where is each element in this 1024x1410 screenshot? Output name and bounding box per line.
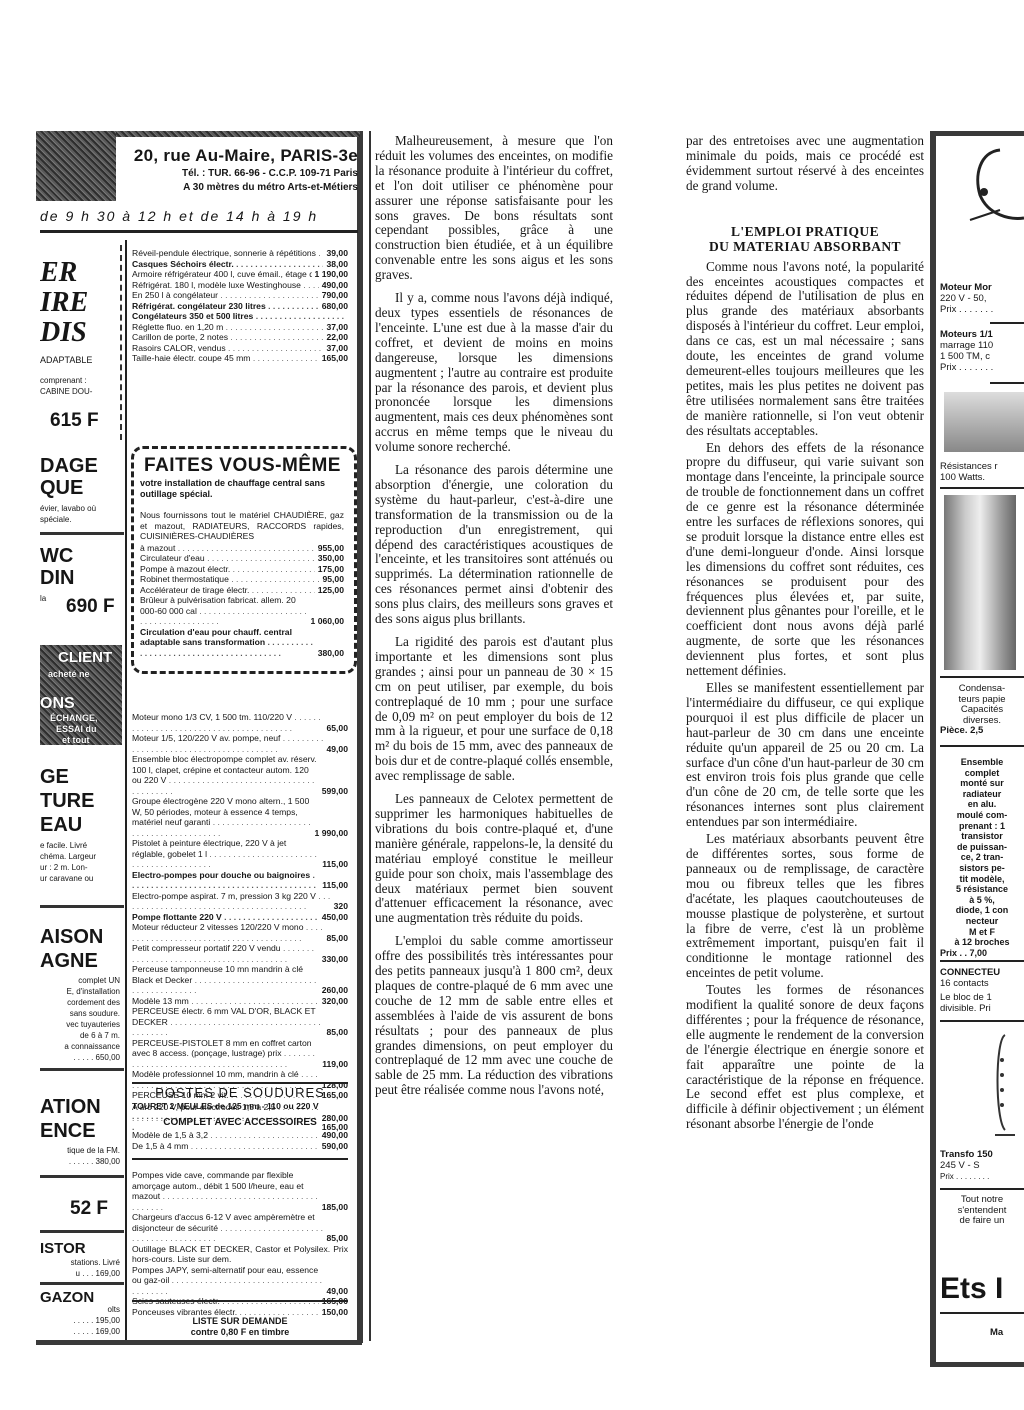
motor-item-text: 1 500 TM, c: [940, 352, 1024, 363]
divider: [40, 1175, 124, 1178]
product-row: En 250 l à congélateur790,00: [132, 290, 348, 301]
article-paragraph: Les matériaux absorbants peuvent être de…: [686, 832, 924, 981]
product-row: Accélérateur de tirage électr.125,00: [140, 585, 344, 596]
product-row: Modèle 13 mm320,00: [132, 996, 348, 1007]
motor-item-title: Moteur Mor: [940, 283, 1024, 294]
divider: [132, 1082, 348, 1084]
article-paragraph: L'emploi du sable comme amortisseur offr…: [375, 934, 613, 1098]
product-row: Congélateurs 350 et 500 litres: [132, 311, 348, 322]
divider: [40, 532, 124, 535]
heating-promo-subtitle: votre installation de chauffage central …: [140, 478, 345, 500]
ad-frame-border: [930, 131, 1024, 136]
product-row: Armoire réfrigérateur 400 l, cuve émail.…: [132, 269, 348, 280]
transformer-illustration: [990, 1030, 1020, 1140]
divider: [40, 1282, 124, 1285]
promo-text: olts . . . . . 195,00 . . . . . 169,00: [40, 1304, 120, 1337]
motor-item-text: 220 V - 50,: [940, 294, 1024, 305]
product-row: Brûleur à pulvérisation fabricat. allem.…: [140, 595, 344, 627]
product-row: Perceuse tamponneuse 10 mn mandrin à clé…: [132, 964, 348, 996]
product-row: Réfrigérat. congélateur 230 litres680,00: [132, 301, 348, 312]
article-paragraph: La résonance des parois détermine une ab…: [375, 463, 613, 627]
ad-frame-border: [357, 131, 363, 1343]
promo-title: GE TURE EAU: [40, 765, 120, 837]
article-paragraph: La rigidité des parois est d'autant plus…: [375, 635, 613, 784]
welding-complete-list: Modèle de 1,5 à 3,2490,00 De 1,5 à 4 mm5…: [132, 1130, 348, 1151]
resistor-text: 100 Watts.: [940, 473, 1024, 484]
product-row: Casques Séchoirs électr.38,00: [132, 259, 348, 270]
welding-complete-title: COMPLET AVEC ACCESSOIRES: [132, 1117, 348, 1128]
product-row: Pistolet à peinture électrique, 220 V à …: [132, 838, 348, 870]
store-slogan: Tout notre s'entendent de faire un: [940, 1195, 1024, 1227]
promo-price: 52 F: [70, 1198, 126, 1220]
product-row: Réfrigérat. 180 l, modèle luxe Westingho…: [132, 280, 348, 291]
product-row: De 1,5 à 4 mm590,00: [132, 1141, 348, 1152]
product-list-appliances: Réveil-pendule électrique, sonnerie à ré…: [132, 248, 348, 364]
product-row: Carillon de porte, 2 notes22,00: [132, 332, 348, 343]
divider: [940, 1312, 1024, 1314]
divider: [940, 1188, 1024, 1190]
product-row: Groupe électrogène 220 V mono altern., 1…: [132, 796, 348, 838]
motor-item-title: Moteurs 1/1: [940, 330, 1024, 341]
promo-text: e facile. Livré chéma. Largeur ur : 2 m.…: [40, 840, 120, 884]
article-column-2: par des entretoises avec une augmentatio…: [686, 134, 924, 1134]
product-row: Chargeurs d'accus 6-12 V avec ampèremètr…: [132, 1212, 348, 1244]
product-row: PERCEUSE électr. 6 mm VAL D'OR, BLACK ET…: [132, 1006, 348, 1038]
divider: [40, 1230, 124, 1233]
capacitor-illustration: [944, 495, 1016, 670]
product-list-tools: Moteur mono 1/3 CV, 1 500 tm. 110/220 V6…: [132, 712, 348, 1132]
divider: [940, 676, 1024, 678]
promo-title: AISON AGNE: [40, 925, 120, 973]
divider: [40, 1068, 124, 1071]
divider: [990, 322, 1024, 324]
connector-title: CONNECTEU: [940, 968, 1024, 979]
divider: [132, 1158, 348, 1160]
transfo-title: Transfo 150: [940, 1150, 1024, 1161]
article-paragraph: Les panneaux de Celotex permettent de su…: [375, 792, 613, 926]
product-row: PERCEUSE-PISTOLET 8 mm en coffret carton…: [132, 1038, 348, 1070]
product-row: Pompe flottante 220 V450,00: [132, 912, 348, 923]
welding-section-title: POSTES DE SOUDURES: [132, 1085, 348, 1100]
header-bar: [116, 131, 360, 137]
transistor-kit-text: Ensemble complet monté sur radiateur en …: [940, 757, 1024, 958]
divider: [940, 1020, 1024, 1022]
store-address: 20, rue Au-Maire, PARIS-3e: [122, 146, 358, 166]
product-row: Moteur mono 1/3 CV, 1 500 tm. 110/220 V6…: [132, 712, 348, 733]
divider: [990, 382, 1024, 384]
product-row: Electro-pompe aspirat. 7 m, pression 3 k…: [132, 891, 348, 912]
product-row: Pompe à mazout électr.175,00: [140, 564, 344, 575]
client-promo-banner: CLIENT acheté ne ONS ÉCHANGE, ESSAI du e…: [40, 645, 122, 745]
store-photo: [36, 131, 116, 201]
promo-text: tique de la FM. . . . . . . 380,00: [40, 1145, 120, 1167]
divider: [940, 960, 1024, 962]
product-row: Ensemble bloc électropompe complet av. r…: [132, 754, 348, 796]
promo-text: comprenant : CABINE DOU-: [40, 375, 120, 397]
ad-column-divider: [125, 240, 127, 1340]
resistor-text: Résistances r: [940, 462, 1024, 473]
divider: [132, 1300, 348, 1302]
product-row: Rasoirs CALOR, vendus37,00: [132, 343, 348, 354]
store-footer: Ma: [990, 1328, 1024, 1339]
promo-caps: ADAPTABLE: [40, 355, 120, 366]
product-row: Circulateur d'eau350,00: [140, 553, 344, 564]
article-paragraph: par des entretoises avec une augmentatio…: [686, 134, 924, 194]
product-row: Pompes vide cave, commande par flexible …: [132, 1170, 348, 1212]
promo-text: évier, lavabo où spéciale.: [40, 503, 120, 525]
promo-title: ATION ENCE: [40, 1095, 120, 1143]
article-paragraph: Malheureusement, à mesure que l'on rédui…: [375, 134, 613, 283]
transfo-price: Prix . . . . . . . .: [940, 1172, 1024, 1183]
promo-price: 615 F: [50, 410, 130, 432]
article-paragraph: Il y a, comme nous l'avons déjà indiqué,…: [375, 291, 613, 455]
product-row: Pompes JAPY, semi-alternatif pour eau, e…: [132, 1265, 348, 1297]
divider: [40, 230, 358, 233]
article-subheading: L'EMPLOI PRATIQUE DU MATERIAU ABSORBANT: [686, 224, 924, 254]
ad-frame-border: [36, 1340, 362, 1345]
product-row: Robinet thermostatique95,00: [140, 574, 344, 585]
divider: [40, 905, 124, 908]
product-row: Moteur réducteur 2 vitesses 120/220 V mo…: [132, 922, 348, 943]
connector-text: divisible. Pri: [940, 1004, 1024, 1015]
promo-text: stations. Livré u . . . 169,00: [40, 1257, 120, 1279]
product-row: Moteur 1/5, 120/220 V av. pompe, neuf49,…: [132, 733, 348, 754]
column-rule: [369, 131, 371, 1341]
store-name: Ets I: [940, 1272, 1003, 1306]
resistor-illustration: [944, 392, 1024, 452]
article-paragraph: En dehors des effets de la résonance pro…: [686, 441, 924, 680]
article-column-1: Malheureusement, à mesure que l'on rédui…: [375, 134, 613, 1106]
price-list-request: LISTE SUR DEMANDE contre 0,80 F en timbr…: [132, 1316, 348, 1338]
connector-text: Le bloc de 1: [940, 993, 1024, 1004]
heating-intro: Nous fournissons tout le matériel CHAUDI…: [140, 510, 344, 542]
promo-title: DAGE QUE: [40, 455, 120, 499]
opening-hours: de 9 h 30 à 12 h et de 14 h à 19 h: [40, 208, 355, 224]
divider: [940, 745, 1024, 747]
promo-text: complet UN E, d'installation cordement d…: [40, 975, 120, 1063]
article-paragraph: Comme nous l'avons noté, la popularité d…: [686, 260, 924, 439]
store-phone: Tél. : TUR. 66-96 - C.C.P. 109-71 Paris: [122, 168, 358, 179]
product-row: Outillage BLACK ET DECKER, Castor et Pol…: [132, 1244, 348, 1265]
heating-product-list: Nous fournissons tout le matériel CHAUDI…: [140, 510, 344, 658]
promo-title: WC DIN: [40, 545, 120, 589]
product-row: Circulation d'eau pour chauff. central a…: [140, 627, 344, 659]
connector-text: 16 contacts: [940, 979, 1024, 990]
product-row: Taille-haie électr. coupe 45 mm165,00: [132, 353, 348, 364]
product-list-pumps: Pompes vide cave, commande par flexible …: [132, 1170, 348, 1317]
product-row: Electro-pompes pour douche ou baignoires…: [132, 870, 348, 891]
article-paragraph: Toutes les formes de résonances modifien…: [686, 983, 924, 1132]
motor-illustration: [960, 140, 1024, 230]
product-row: Petit compresseur portatif 220 V vendu33…: [132, 943, 348, 964]
ad-frame-border: [930, 1362, 1024, 1367]
ad-frame-border: [930, 131, 936, 1366]
capacitor-text: Condensa- teurs papie Capacités diverses…: [940, 684, 1024, 737]
motor-item-price: Prix . . . . . . .: [940, 363, 1024, 374]
divider: [940, 487, 1024, 489]
promo-price: 690 F: [66, 596, 126, 618]
product-row: Réglette fluo. en 1,20 m37,00: [132, 322, 348, 333]
product-row: Réveil-pendule électrique, sonnerie à ré…: [132, 248, 348, 259]
motor-item-price: Prix . . . . . . .: [940, 305, 1024, 316]
product-row: à mazout955,00: [140, 543, 344, 554]
store-metro: A 30 mètres du métro Arts-et-Métiers: [122, 182, 358, 193]
product-row: Modèle de 1,5 à 3,2490,00: [132, 1130, 348, 1141]
heating-promo-title: FAITES VOUS-MÊME: [140, 455, 345, 477]
article-paragraph: Elles se manifestent essentiellement par…: [686, 681, 924, 830]
promo-title: ER IRE DIS: [40, 258, 120, 348]
motor-item-text: marrage 110: [940, 341, 1024, 352]
transfo-text: 245 V - S: [940, 1161, 1024, 1172]
